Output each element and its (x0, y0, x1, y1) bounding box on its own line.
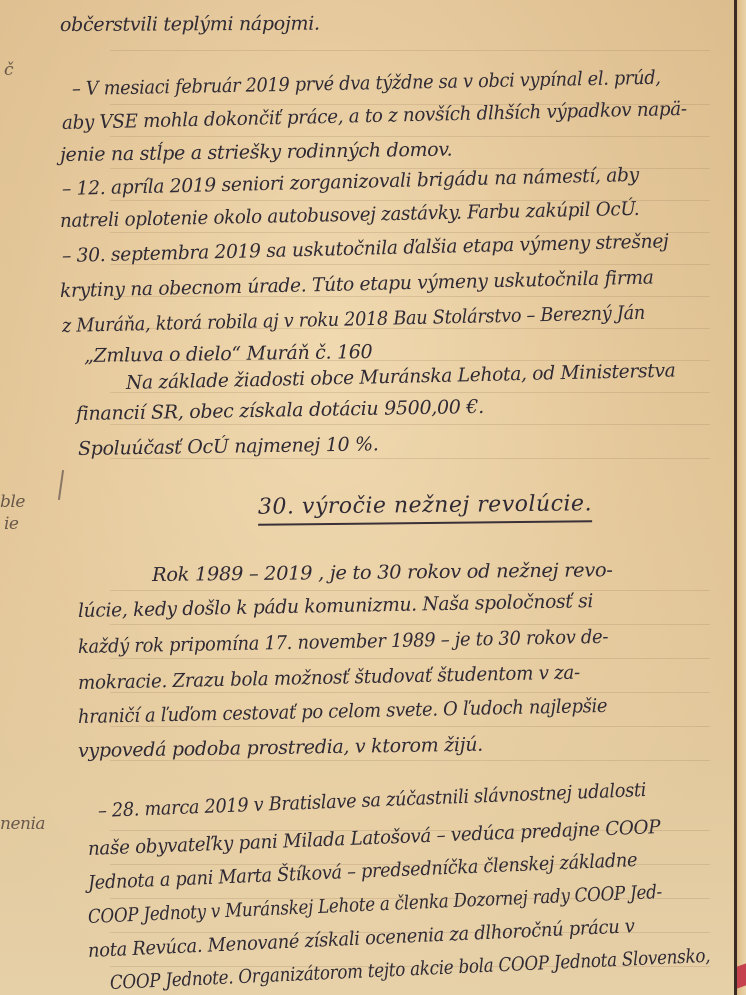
margin-note: ble (0, 492, 25, 512)
text-line: každý rok pripomína 17. november 1989 – … (78, 626, 609, 658)
ink-mark (58, 470, 64, 500)
text-line: financií SR, obec získala dotáciu 9500,0… (76, 396, 484, 425)
text-line: „Zmluva o dielo“ Muráň č. 160 (84, 341, 373, 367)
ruled-line (110, 658, 710, 659)
text-line: lúcie, kedy došlo k pádu komunizmu. Naša… (78, 590, 593, 622)
text-line: z Muráňa, ktorá robila aj v roku 2018 Ba… (62, 302, 645, 337)
text-line: – 28. marca 2019 v Bratislave sa zúčastn… (98, 779, 647, 822)
text-line: – 12. apríla 2019 seniori zorganizovali … (62, 164, 639, 200)
text-line: Spoluúčasť OcÚ najmenej 10 %. (78, 433, 379, 460)
ruled-line (110, 624, 710, 625)
text-line: Rok 1989 – 2019 , je to 30 rokov od nežn… (152, 559, 613, 586)
book-spine-line (734, 0, 737, 995)
text-line: hraničí a ľuďom cestovať po celom svete.… (78, 695, 608, 728)
text-line: jenie na stĺpe a striešky rodinných domo… (60, 139, 453, 166)
ruled-line (110, 726, 710, 727)
ruled-line (110, 760, 710, 761)
section-heading: 30. výročie nežnej revolúcie. (258, 491, 592, 525)
ruled-line (110, 692, 710, 693)
margin-note: č (4, 60, 13, 80)
text-line: – V mesiaci február 2019 prvé dva týždne… (72, 67, 661, 100)
margin-note: nenia (0, 814, 45, 834)
text-line: vypovedá podoba prostredia, v ktorom žij… (78, 734, 483, 762)
ruled-line (110, 50, 710, 51)
notebook-page: č ble ie nenia občerstvili teplými nápoj… (0, 0, 734, 995)
ruled-line (110, 458, 710, 459)
text-line: mokracie. Zrazu bola možnosť študovať št… (78, 661, 580, 694)
ruled-line (110, 590, 710, 591)
ruled-line (110, 264, 710, 265)
margin-note: ie (4, 514, 19, 534)
text-line: natreli oplotenie okolo autobusovej zast… (60, 198, 640, 232)
ruled-line (110, 136, 710, 137)
bookmark-ribbon (737, 963, 746, 988)
ruled-line (110, 424, 710, 425)
text-line: občerstvili teplými nápojmi. (60, 13, 320, 36)
text-line: – 30. septembra 2019 sa uskutočnila ďalš… (62, 230, 669, 267)
